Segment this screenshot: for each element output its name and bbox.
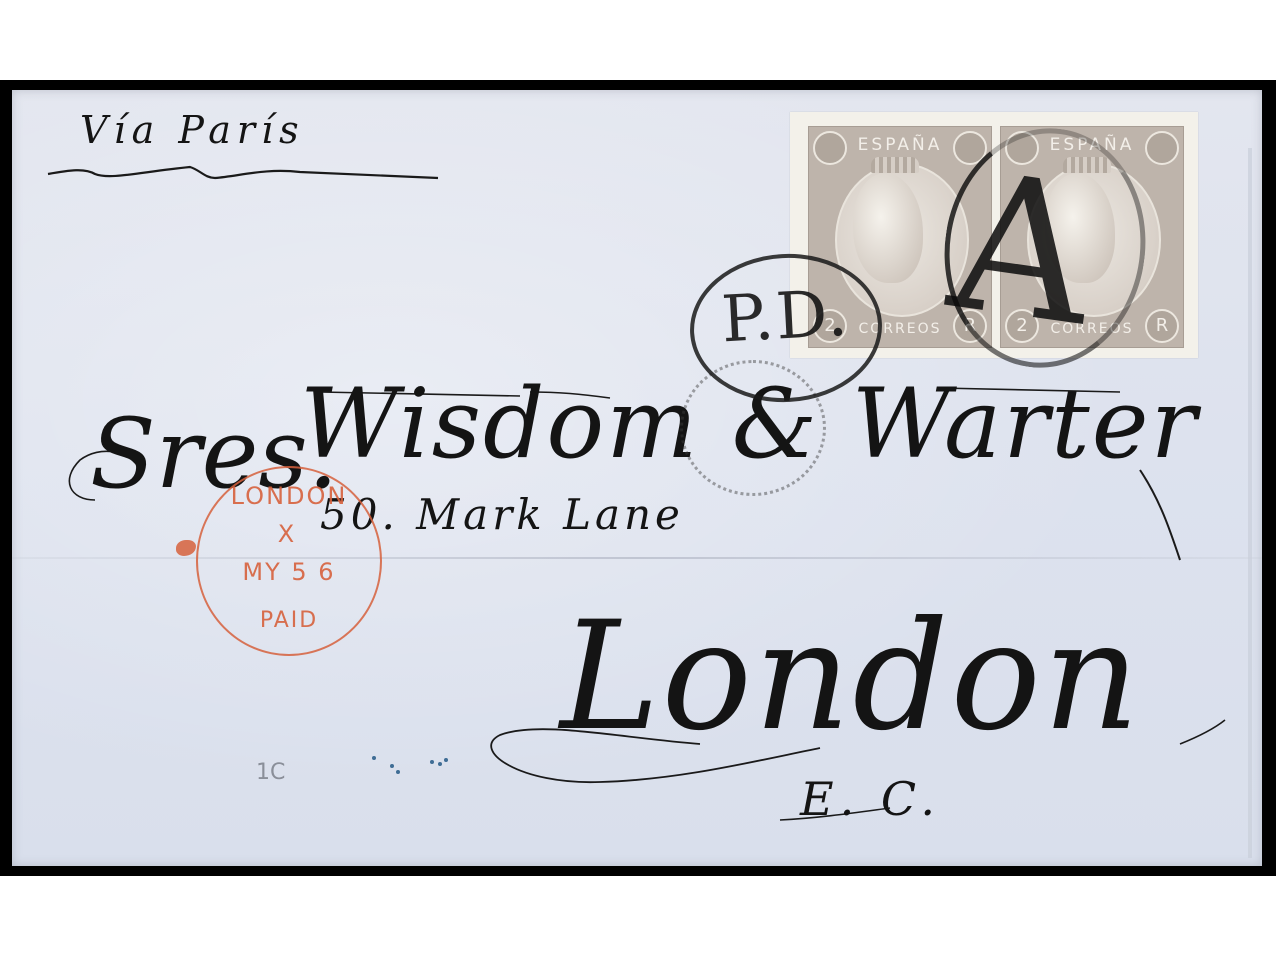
- cds-line-3: MY 5 6: [198, 558, 380, 586]
- london-paid-datestamp: LONDON X MY 5 6 PAID: [196, 466, 382, 656]
- cds-line-4: PAID: [198, 608, 380, 633]
- postal-district: E. C.: [800, 772, 941, 826]
- cds-line-2: X: [198, 520, 380, 548]
- cds-line-1: LONDON: [198, 482, 380, 510]
- crown-icon: [871, 157, 919, 173]
- pencil-note: 1C: [256, 760, 285, 785]
- city-name: London: [560, 590, 1141, 764]
- castle-emblem-icon: [1145, 131, 1179, 165]
- route-endorsement: Vía París: [80, 108, 305, 152]
- lion-emblem-icon: [813, 131, 847, 165]
- blue-ink-specks: [370, 752, 450, 782]
